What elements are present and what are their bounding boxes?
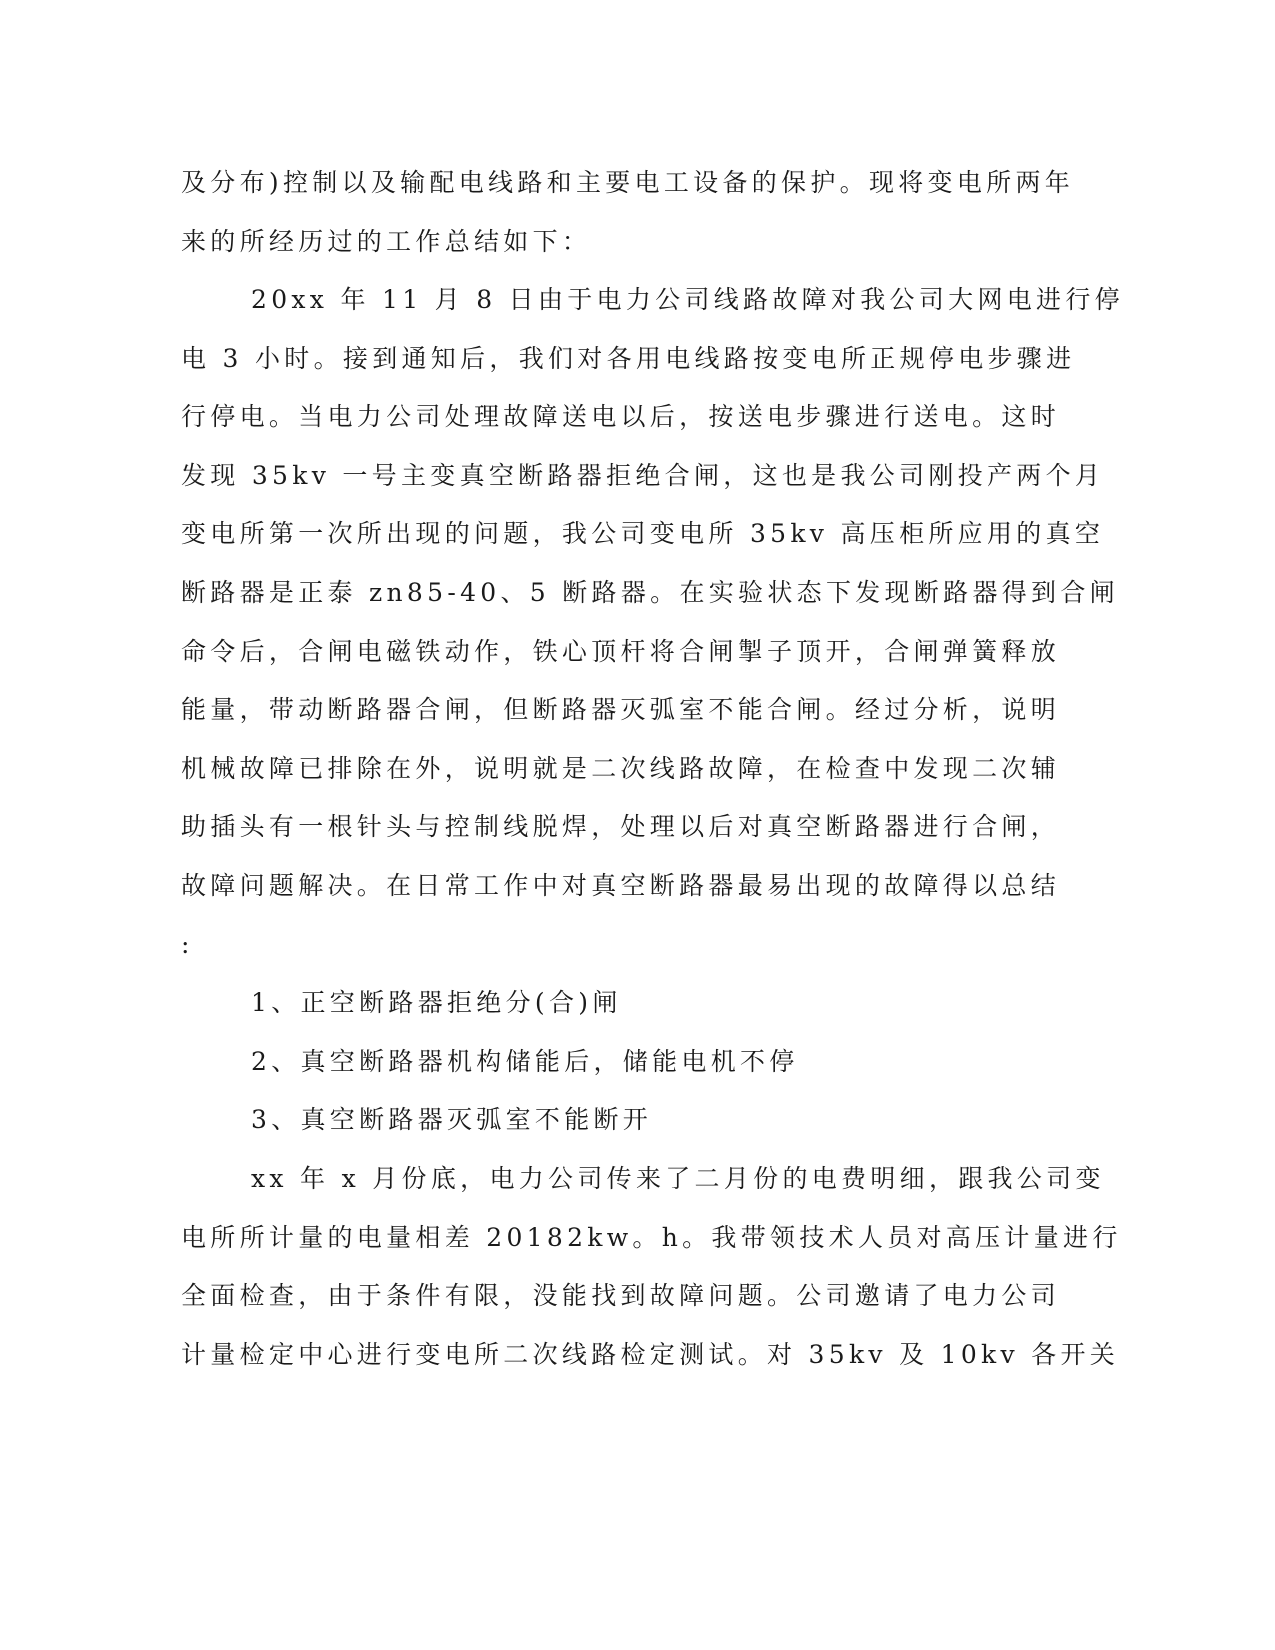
list-item: 2、真空断路器机构储能后，储能电机不停 [251,1047,799,1077]
text-line: 电 3 小时。接到通知后，我们对各用电线路按变电所正规停电步骤进 [181,344,1075,374]
text-line: 计量检定中心进行变电所二次线路检定测试。对 35kv 及 10kv 各开关 [181,1340,1119,1370]
text-line: 来的所经历过的工作总结如下： [181,227,591,257]
text-line: 助插头有一根针头与控制线脱焊，处理以后对真空断路器进行合闸， [181,812,1060,842]
text-line: 全面检查，由于条件有限，没能找到故障问题。公司邀请了电力公司 [181,1281,1060,1311]
text-line: 变电所第一次所出现的问题，我公司变电所 35kv 高压柜所应用的真空 [181,519,1104,549]
paragraph-start-line: 20xx 年 11 月 8 日由于电力公司线路故障对我公司大网电进行停 [251,285,1124,315]
paragraph-start-line: xx 年 x 月份底，电力公司传来了二月份的电费明细，跟我公司变 [251,1164,1105,1194]
text-line: 电所所计量的电量相差 20182kw。h。我带领技术人员对高压计量进行 [181,1223,1122,1253]
text-line: 及分布)控制以及输配电线路和主要电工设备的保护。现将变电所两年 [181,168,1074,198]
text-line: 命令后，合闸电磁铁动作，铁心顶杆将合闸掣子顶开，合闸弹簧释放 [181,637,1060,667]
document-page: 及分布)控制以及输配电线路和主要电工设备的保护。现将变电所两年 来的所经历过的工… [0,0,1275,1650]
text-line: 行停电。当电力公司处理故障送电以后，按送电步骤进行送电。这时 [181,402,1060,432]
text-line: : [181,930,194,960]
text-line: 机械故障已排除在外，说明就是二次线路故障，在检查中发现二次辅 [181,754,1060,784]
text-line: 能量，带动断路器合闸，但断路器灭弧室不能合闸。经过分析，说明 [181,695,1060,725]
text-line: 发现 35kv 一号主变真空断路器拒绝合闸，这也是我公司刚投产两个月 [181,461,1104,491]
text-line: 断路器是正泰 zn85-40、5 断路器。在实验状态下发现断路器得到合闸 [181,578,1119,608]
list-item: 3、真空断路器灭弧室不能断开 [251,1105,652,1135]
list-item: 1、正空断路器拒绝分(合)闸 [251,988,622,1018]
text-line: 故障问题解决。在日常工作中对真空断路器最易出现的故障得以总结 [181,871,1060,901]
